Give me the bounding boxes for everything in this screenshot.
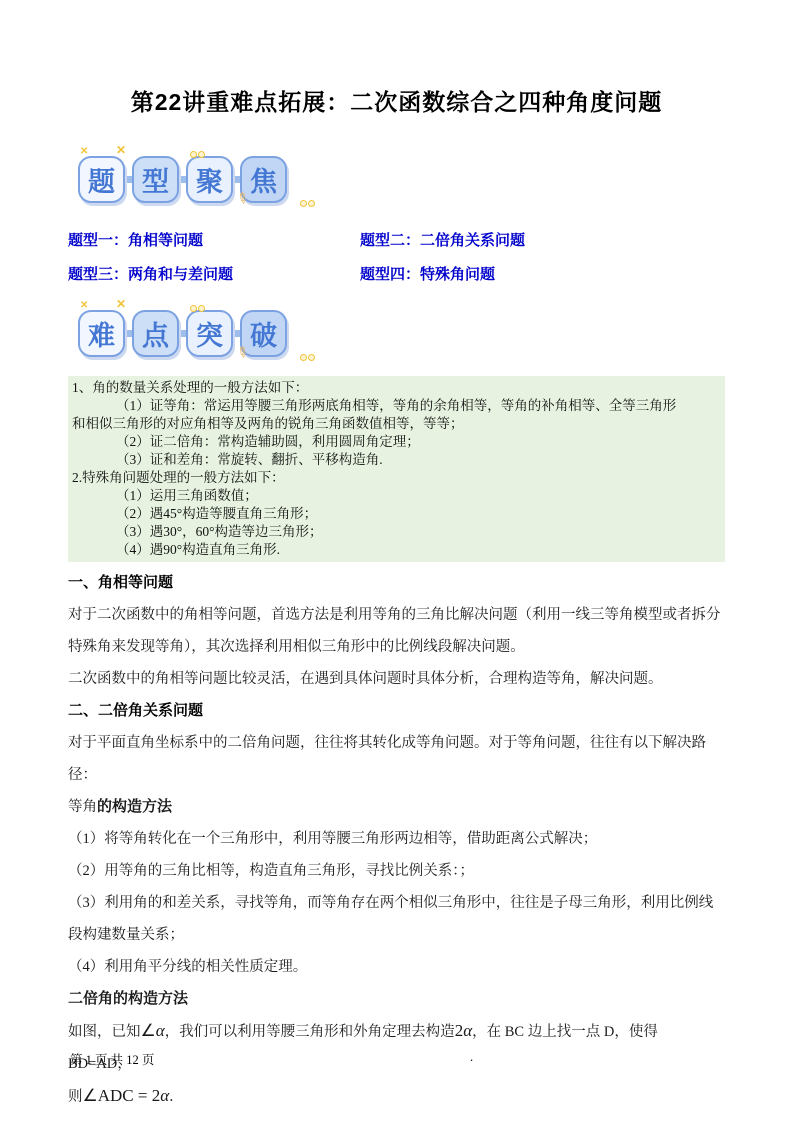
subheading-double-angle-construction: 二倍角的构造方法	[68, 983, 725, 1015]
sparkle-icon: ✕	[116, 143, 126, 157]
method-line: （2）证二倍角：常构造辅助圆，利用圆周角定理；	[72, 433, 721, 451]
topic-focus-badge: ✕ ✕ ✎ 题 型 聚 焦	[78, 148, 287, 210]
document-page: 第22讲重难点拓展：二次函数综合之四种角度问题 ✕ ✕ ✎ 题 型 聚 焦 题型…	[0, 0, 793, 1122]
badge-char: 难	[88, 314, 115, 353]
dots-icon	[300, 200, 316, 206]
page-number-footer: 第 1 页 共 12 页	[70, 1050, 154, 1068]
sparkle-icon: ✕	[116, 297, 126, 311]
text-run: ．	[169, 1089, 184, 1105]
paragraph: 对于平面直角坐标系中的二倍角问题，往往将其转化成等角问题。对于等角问题，往往有以…	[68, 727, 725, 791]
text-run: ，我们可以利用等腰三角形和外角定理去构造	[165, 1024, 455, 1040]
dots-icon	[190, 151, 206, 157]
badge-char: 题	[88, 160, 115, 199]
math-alpha: α	[156, 1021, 165, 1040]
badge-char: 破	[250, 314, 277, 353]
problem-type-3: 题型三：两角和与差问题	[68, 258, 360, 292]
problem-type-4: 题型四：特殊角问题	[360, 258, 725, 292]
section-heading-double-angle: 二、二倍角关系问题	[68, 695, 725, 727]
math-run: ∠ADC = 2	[83, 1086, 161, 1105]
badge-char: 型	[142, 160, 169, 199]
badge-box: 题	[78, 156, 125, 203]
document-body: 一、角相等问题 对于二次函数中的角相等问题，首选方法是利用等角的三角比解决问题（…	[68, 567, 725, 1113]
math-angle-adc-equation: ∠ADC = 2α	[83, 1086, 170, 1105]
list-item: （1）将等角转化在一个三角形中，利用等腰三角形两边相等，借助距离公式解决；	[68, 823, 725, 855]
method-line: 1、角的数量关系处理的一般方法如下：	[72, 379, 721, 397]
difficulty-breakthrough-badge: ✕ ✕ ✎ 难 点 突 破	[78, 302, 287, 364]
math-two-alpha: 2α	[455, 1021, 472, 1040]
section-heading-equal-angle: 一、角相等问题	[68, 567, 725, 599]
math-alpha: α	[160, 1086, 169, 1105]
math-run: 2	[455, 1021, 464, 1040]
method-line: （2）遇45°构造等腰直角三角形；	[72, 505, 721, 523]
paragraph: 对于二次函数中的角相等问题，首选方法是利用等角的三角比解决问题（利用一线三等角模…	[68, 599, 725, 663]
math-run: ∠	[141, 1021, 156, 1040]
subheading-bold-part: 的构造方法	[97, 798, 172, 815]
dots-icon	[300, 354, 316, 360]
badge-char: 聚	[196, 160, 223, 199]
method-line: 2.特殊角问题处理的一般方法如下：	[72, 469, 721, 487]
problem-type-row: 题型一：角相等问题 题型二：二倍角关系问题	[68, 224, 725, 258]
method-summary-box: 1、角的数量关系处理的一般方法如下： （1）证等角：常运用等腰三角形两底角相等，…	[68, 376, 725, 562]
sparkle-icon: ✕	[80, 146, 88, 157]
method-line: （1）运用三角函数值；	[72, 487, 721, 505]
badge-char: 点	[142, 314, 169, 353]
badge-box: 型	[132, 156, 179, 203]
footer-dot: .	[470, 1050, 473, 1065]
badge-box: 点	[132, 310, 179, 357]
figure-paragraph-line1: 如图，已知∠α，我们可以利用等腰三角形和外角定理去构造2α，在 BC 边上找一点…	[68, 1015, 725, 1080]
list-item: （4）利用角平分线的相关性质定理。	[68, 951, 725, 983]
problem-type-2: 题型二：二倍角关系问题	[360, 224, 725, 258]
figure-paragraph-line2: 则∠ADC = 2α．	[68, 1080, 725, 1113]
problem-type-1: 题型一：角相等问题	[68, 224, 360, 258]
math-angle-alpha: ∠α	[141, 1021, 165, 1040]
sparkle-icon: ✕	[80, 300, 88, 311]
list-item: （2）用等角的三角比相等，构造直角三角形，寻找比例关系：；	[68, 855, 725, 887]
method-line: （1）证等角：常运用等腰三角形两底角相等，等角的余角相等，等角的补角相等、全等三…	[72, 397, 721, 415]
problem-type-list: 题型一：角相等问题 题型二：二倍角关系问题 题型三：两角和与差问题 题型四：特殊…	[68, 224, 725, 292]
page-title: 第22讲重难点拓展：二次函数综合之四种角度问题	[68, 86, 725, 118]
list-item: （3）利用角的和差关系，寻找等角，而等角存在两个相似三角形中，往往是子母三角形，…	[68, 887, 725, 951]
badge-box: 突	[186, 310, 233, 357]
problem-type-row: 题型三：两角和与差问题 题型四：特殊角问题	[68, 258, 725, 292]
method-line: （3）遇30°，60°构造等边三角形；	[72, 523, 721, 541]
method-line: （3）证和差角：常旋转、翻折、平移构造角.	[72, 451, 721, 469]
text-run: 如图，已知	[68, 1024, 141, 1040]
method-line: （4）遇90°构造直角三角形.	[72, 541, 721, 559]
badge-char: 焦	[250, 160, 277, 199]
text-run: 则	[68, 1089, 83, 1105]
dots-icon	[190, 305, 206, 311]
paragraph: 二次函数中的角相等问题比较灵活，在遇到具体问题时具体分析，合理构造等角，解决问题…	[68, 663, 725, 695]
badge-box: 聚	[186, 156, 233, 203]
badge-box: 难	[78, 310, 125, 357]
subheading-normal-part: 等角	[68, 799, 97, 815]
method-line: 和相似三角形的对应角相等及两角的锐角三角函数值相等，等等；	[72, 415, 721, 433]
document-content: 第22讲重难点拓展：二次函数综合之四种角度问题 ✕ ✕ ✎ 题 型 聚 焦 题型…	[0, 86, 793, 1113]
math-alpha: α	[463, 1021, 472, 1040]
subheading-equal-angle-construction: 等角的构造方法	[68, 791, 725, 823]
badge-char: 突	[196, 314, 223, 353]
